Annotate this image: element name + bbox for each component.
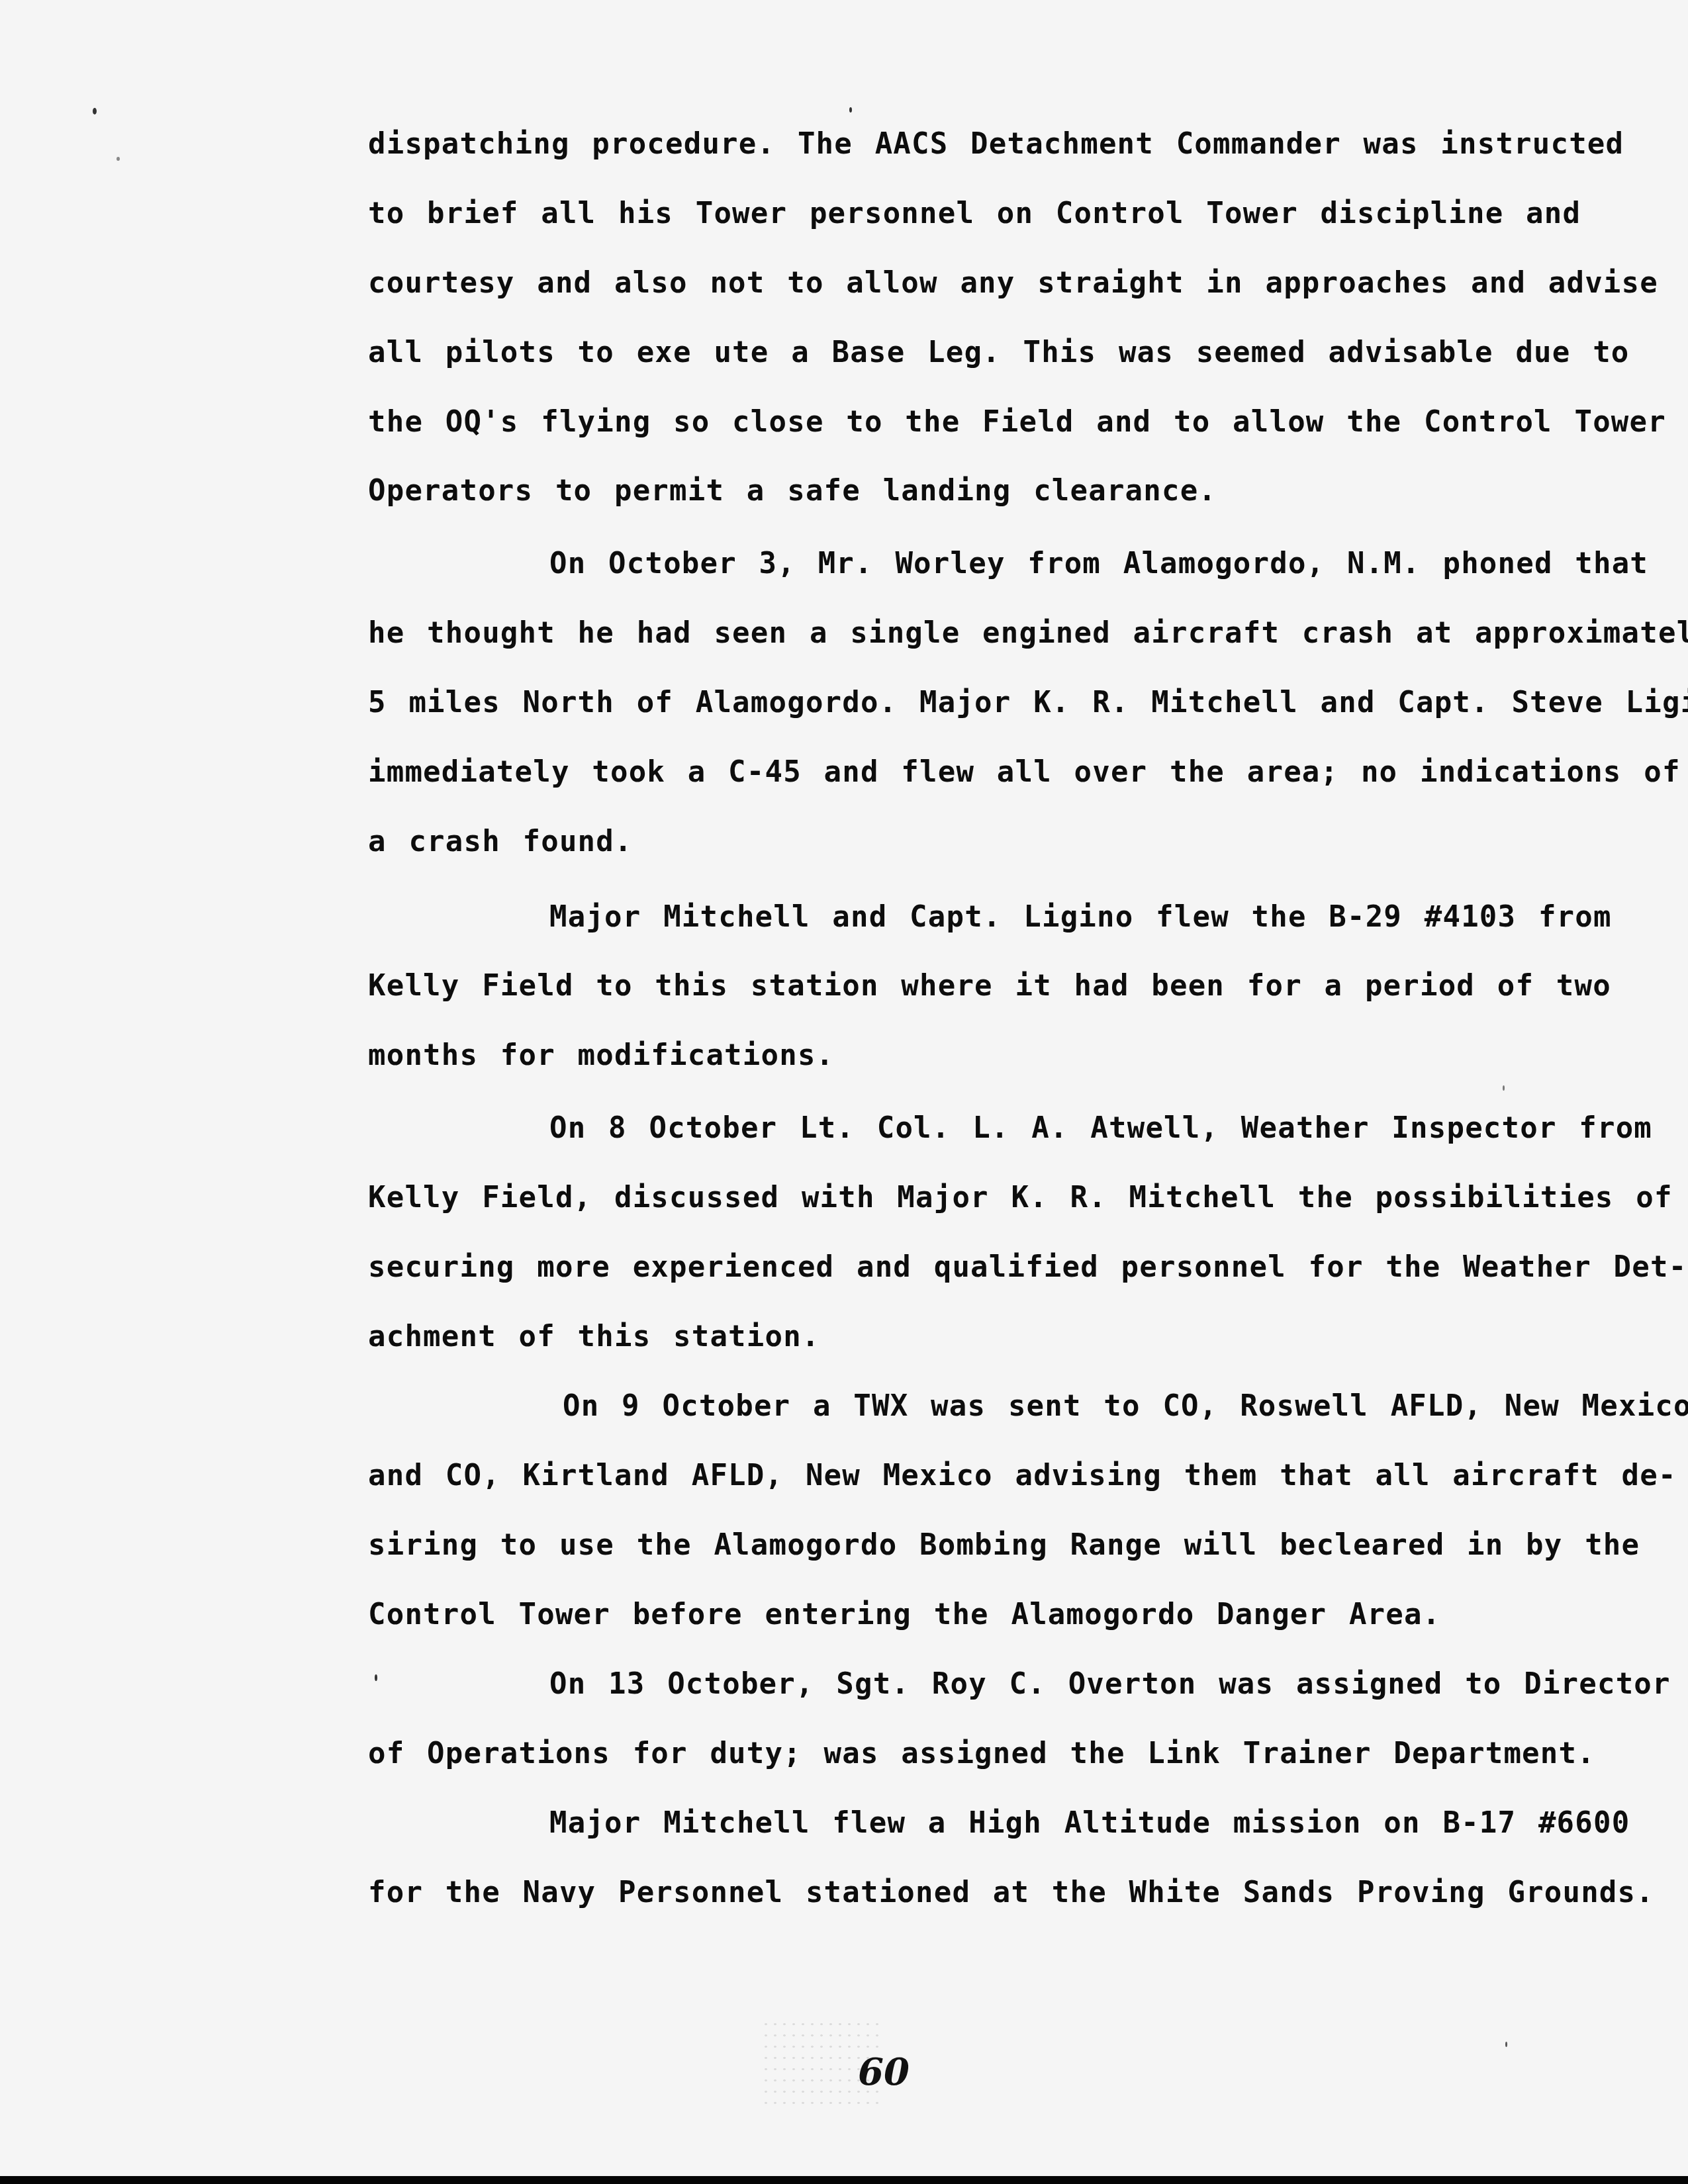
text-line: a crash found.	[368, 822, 633, 862]
text-line: for the Navy Personnel stationed at the …	[368, 1873, 1654, 1913]
text-line: On 13 October, Sgt. Roy C. Overton was a…	[549, 1664, 1671, 1704]
text-line: securing more experienced and qualified …	[368, 1248, 1687, 1287]
text-line: Major Mitchell flew a High Altitude miss…	[549, 1803, 1630, 1843]
text-line: to brief all his Tower personnel on Cont…	[368, 194, 1581, 234]
scan-speck	[849, 107, 852, 113]
scan-speck	[93, 108, 97, 114]
text-line: he thought he had seen a single engined …	[368, 614, 1688, 653]
text-line: Operators to permit a safe landing clear…	[368, 471, 1217, 511]
text-line: On 9 October a TWX was sent to CO, Roswe…	[563, 1387, 1688, 1426]
text-line: Control Tower before entering the Alamog…	[368, 1595, 1440, 1635]
page-number: 60	[858, 2050, 910, 2094]
text-line: Major Mitchell and Capt. Ligino flew the…	[549, 897, 1612, 937]
scan-speck	[117, 157, 120, 161]
text-line: dispatching procedure. The AACS Detachme…	[368, 124, 1624, 164]
scan-border	[0, 2176, 1688, 2184]
text-line: Kelly Field, discussed with Major K. R. …	[368, 1178, 1673, 1218]
text-line: immediately took a C-45 and flew all ove…	[368, 752, 1681, 792]
text-line: of Operations for duty; was assigned the…	[368, 1734, 1595, 1774]
scan-speck	[375, 1674, 377, 1681]
document-page: dispatching procedure. The AACS Detachme…	[0, 0, 1688, 2177]
text-line: all pilots to exe ute a Base Leg. This w…	[368, 333, 1630, 373]
text-line: siring to use the Alamogordo Bombing Ran…	[368, 1525, 1640, 1565]
scan-speck	[1503, 1085, 1505, 1091]
scan-speck	[1505, 2042, 1507, 2047]
text-line: the OQ's flying so close to the Field an…	[368, 402, 1666, 442]
text-line: and CO, Kirtland AFLD, New Mexico advisi…	[368, 1456, 1677, 1496]
text-line: On October 3, Mr. Worley from Alamogordo…	[549, 544, 1648, 584]
text-line: achment of this station.	[368, 1317, 820, 1357]
text-line: Kelly Field to this station where it had…	[368, 966, 1611, 1006]
text-line: courtesy and also not to allow any strai…	[368, 263, 1658, 303]
text-line: On 8 October Lt. Col. L. A. Atwell, Weat…	[549, 1109, 1652, 1148]
text-line: months for modifications.	[368, 1036, 834, 1075]
text-line: 5 miles North of Alamogordo. Major K. R.…	[368, 683, 1688, 723]
